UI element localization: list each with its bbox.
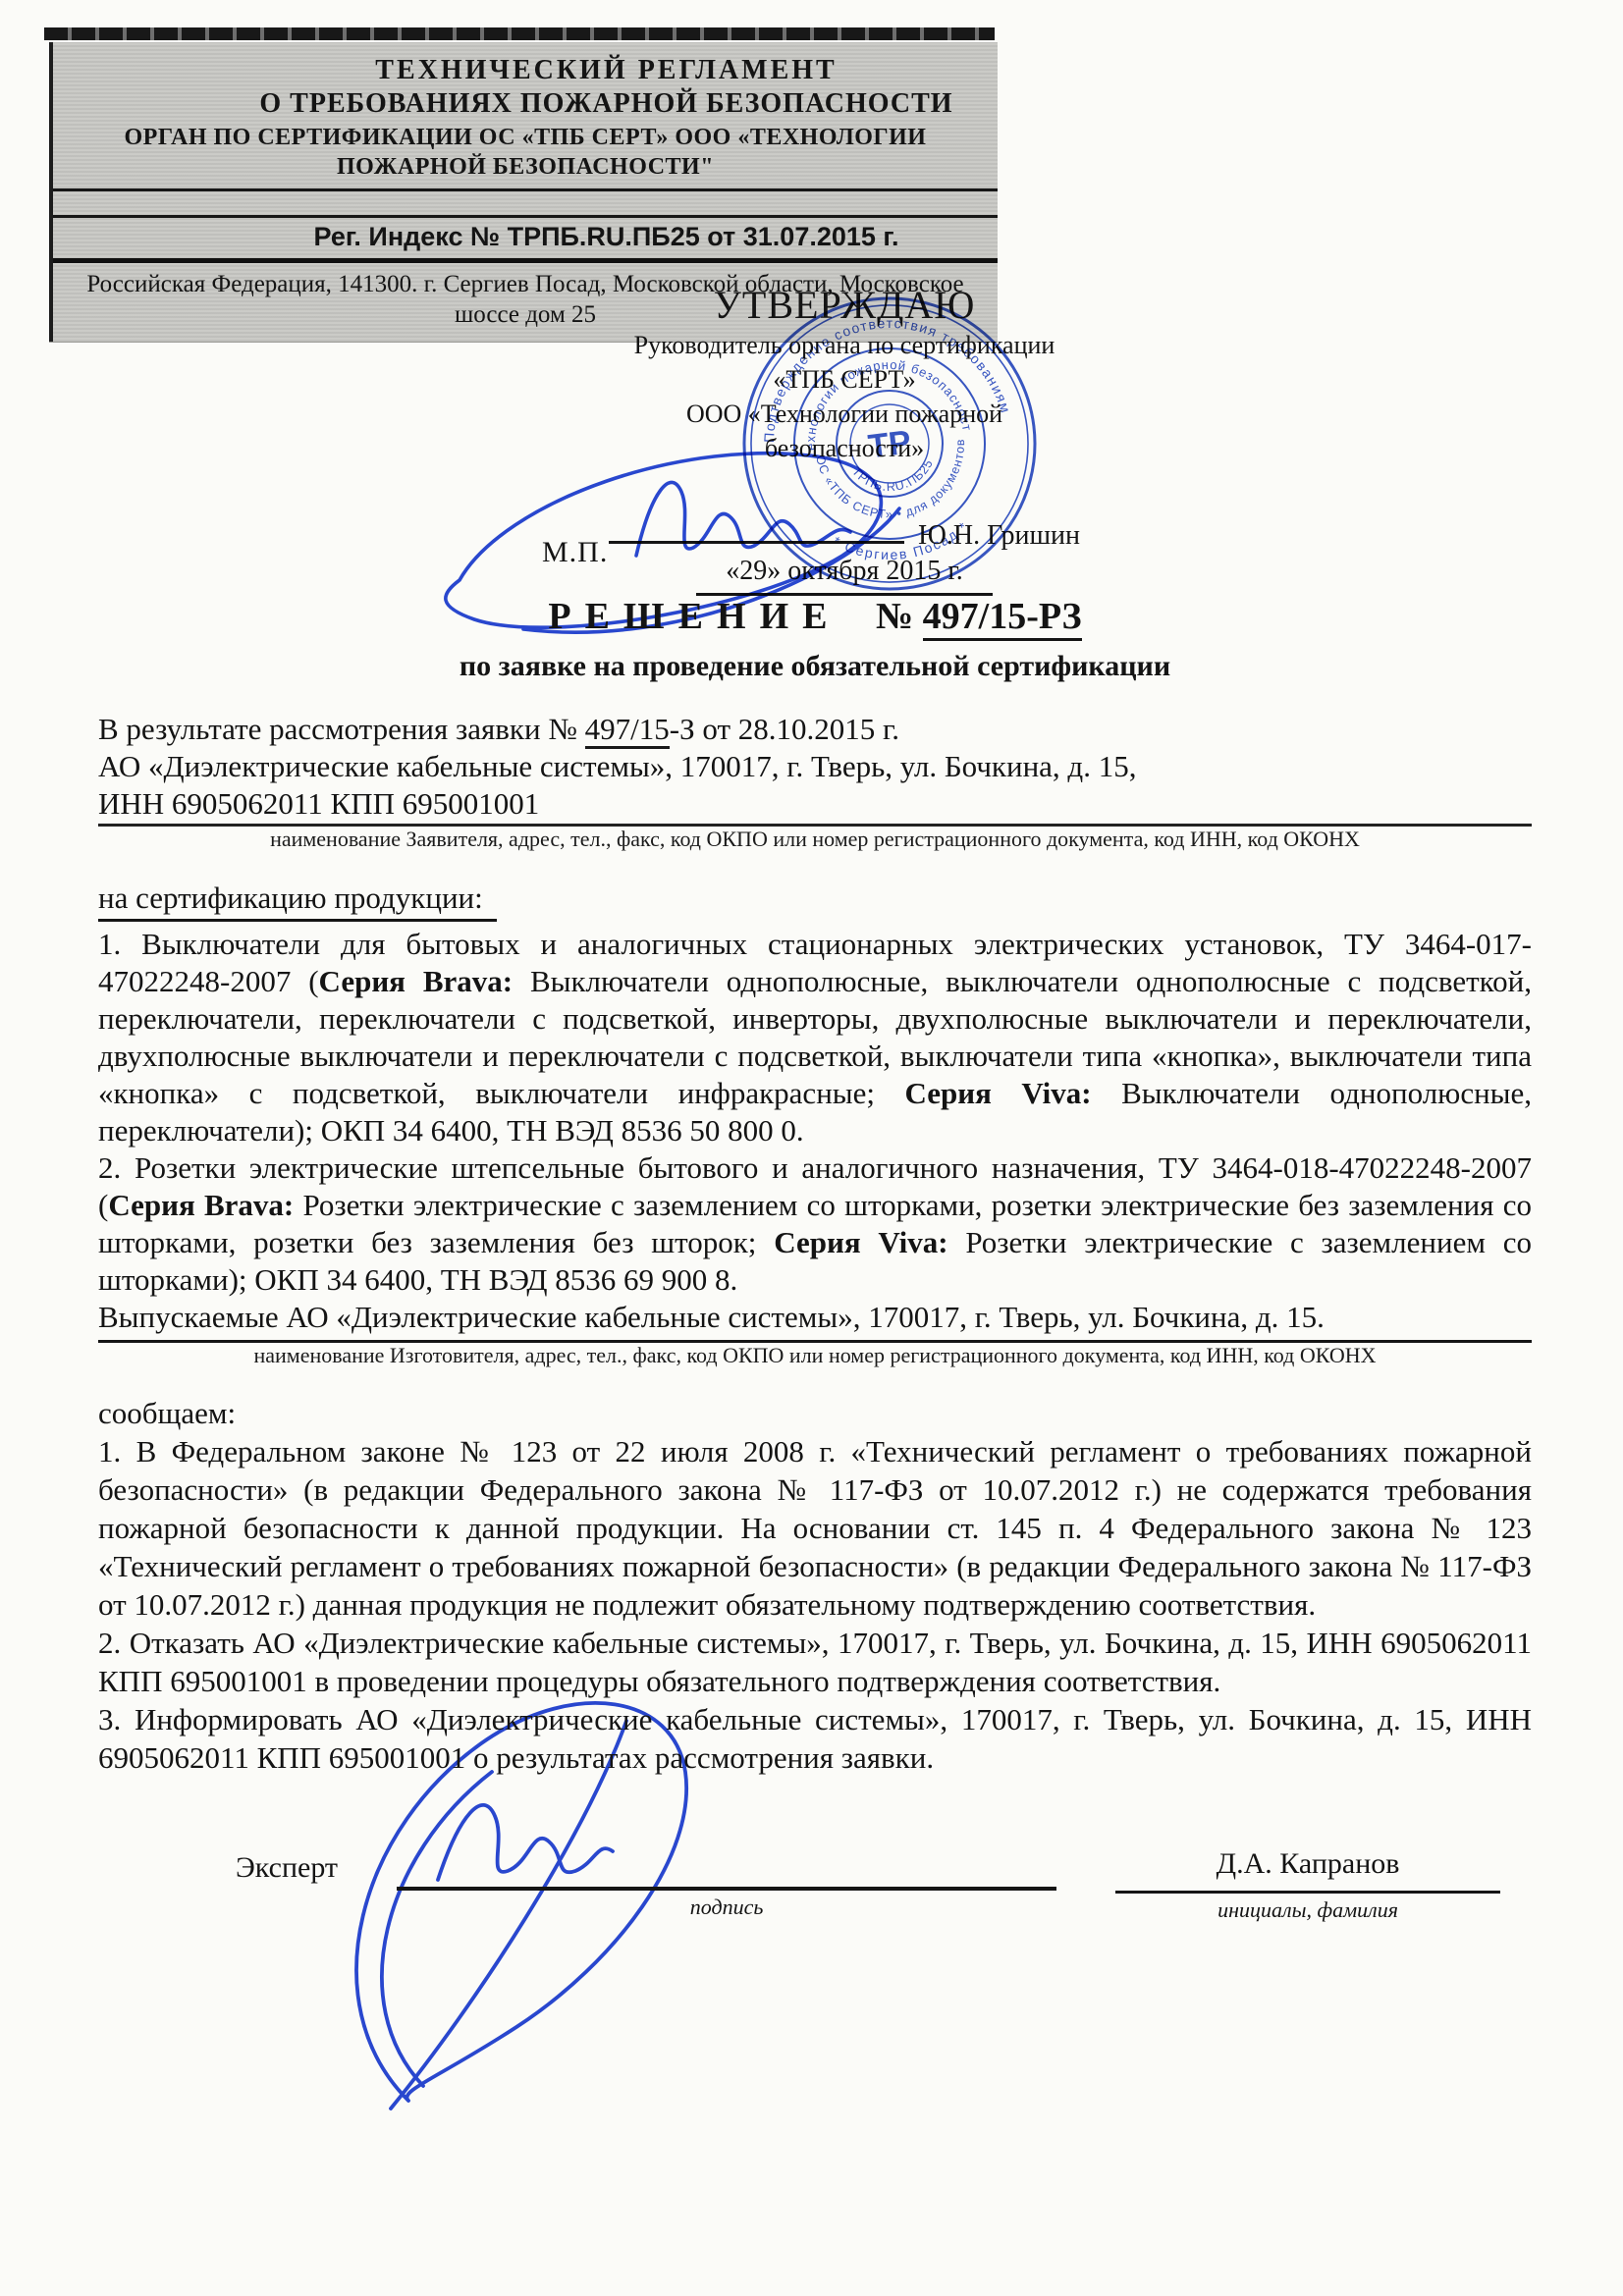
expert-label: Эксперт <box>236 1845 338 1887</box>
decision-number: 497/15-РЗ <box>923 596 1082 641</box>
conclusion-item-2: 2. Отказать АО «Диэлектрические кабельны… <box>98 1624 1532 1700</box>
intro-line1: В результате рассмотрения заявки № 497/1… <box>98 711 1532 748</box>
products-heading-row: на сертификацию продукции: <box>98 880 1532 926</box>
document-body: РЕШЕНИЕ № 497/15-РЗ по заявке на проведе… <box>98 0 1532 1923</box>
manufacturer-caption: наименование Изготовителя, адрес, тел., … <box>98 1343 1532 1368</box>
intro-post: -З от 28.10.2015 г. <box>670 712 899 746</box>
product-item-2: 2. Розетки электрические штепсельные быт… <box>98 1149 1532 1299</box>
applicant-caption: наименование Заявителя, адрес, тел., фак… <box>98 827 1532 852</box>
p1-series-brava: Серия Brava: <box>319 964 514 998</box>
product-item-1: 1. Выключатели для бытовых и аналогичных… <box>98 926 1532 1149</box>
expert-name-caption: инициалы, фамилия <box>1115 1894 1500 1923</box>
expert-name: Д.А. Капранов <box>1115 1845 1500 1894</box>
p2-series-brava: Серия Brava: <box>108 1188 294 1222</box>
products-heading: на сертификацию продукции: <box>98 880 497 922</box>
expert-signature-line <box>397 1845 1056 1891</box>
conclusion-item-1: 1. В Федеральном законе № 123 от 22 июля… <box>98 1432 1532 1624</box>
intro-section: В результате рассмотрения заявки № 497/1… <box>98 711 1532 852</box>
decision-label: РЕШЕНИЕ <box>548 596 840 637</box>
decision-number-sign: № <box>876 596 913 637</box>
conclusion-section: сообщаем: 1. В Федеральном законе № 123 … <box>98 1394 1532 1777</box>
manufacturer-line: Выпускаемые АО «Диэлектрические кабельны… <box>98 1299 1532 1343</box>
expert-signature-field: подпись <box>397 1845 1056 1920</box>
expert-signature-caption: подпись <box>397 1891 1056 1920</box>
application-number: 497/15 <box>585 712 670 749</box>
intro-pre: В результате рассмотрения заявки № <box>98 712 585 746</box>
conclusion-item-3: 3. Информировать АО «Диэлектрические каб… <box>98 1700 1532 1777</box>
decision-title: РЕШЕНИЕ № 497/15-РЗ <box>98 0 1532 640</box>
applicant-inn-line: ИНН 6905062011 КПП 695001001 <box>98 785 1532 823</box>
expert-name-field: Д.А. Капранов инициалы, фамилия <box>1115 1845 1500 1923</box>
p1-series-viva: Серия Viva: <box>905 1076 1092 1110</box>
conclusion-heading: сообщаем: <box>98 1394 1532 1432</box>
decision-subtitle: по заявке на проведение обязательной сер… <box>98 648 1532 685</box>
products-section: на сертификацию продукции: 1. Выключател… <box>98 880 1532 1368</box>
expert-signature-row: Эксперт подпись Д.А. Капранов инициалы, … <box>98 1845 1532 1923</box>
scanned-decision-document: { "letterhead": { "line1": "ТЕХНИЧЕСКИЙ … <box>0 0 1623 2296</box>
p2-series-viva: Серия Viva: <box>774 1225 947 1259</box>
applicant-line: АО «Диэлектрические кабельные системы», … <box>98 748 1532 785</box>
